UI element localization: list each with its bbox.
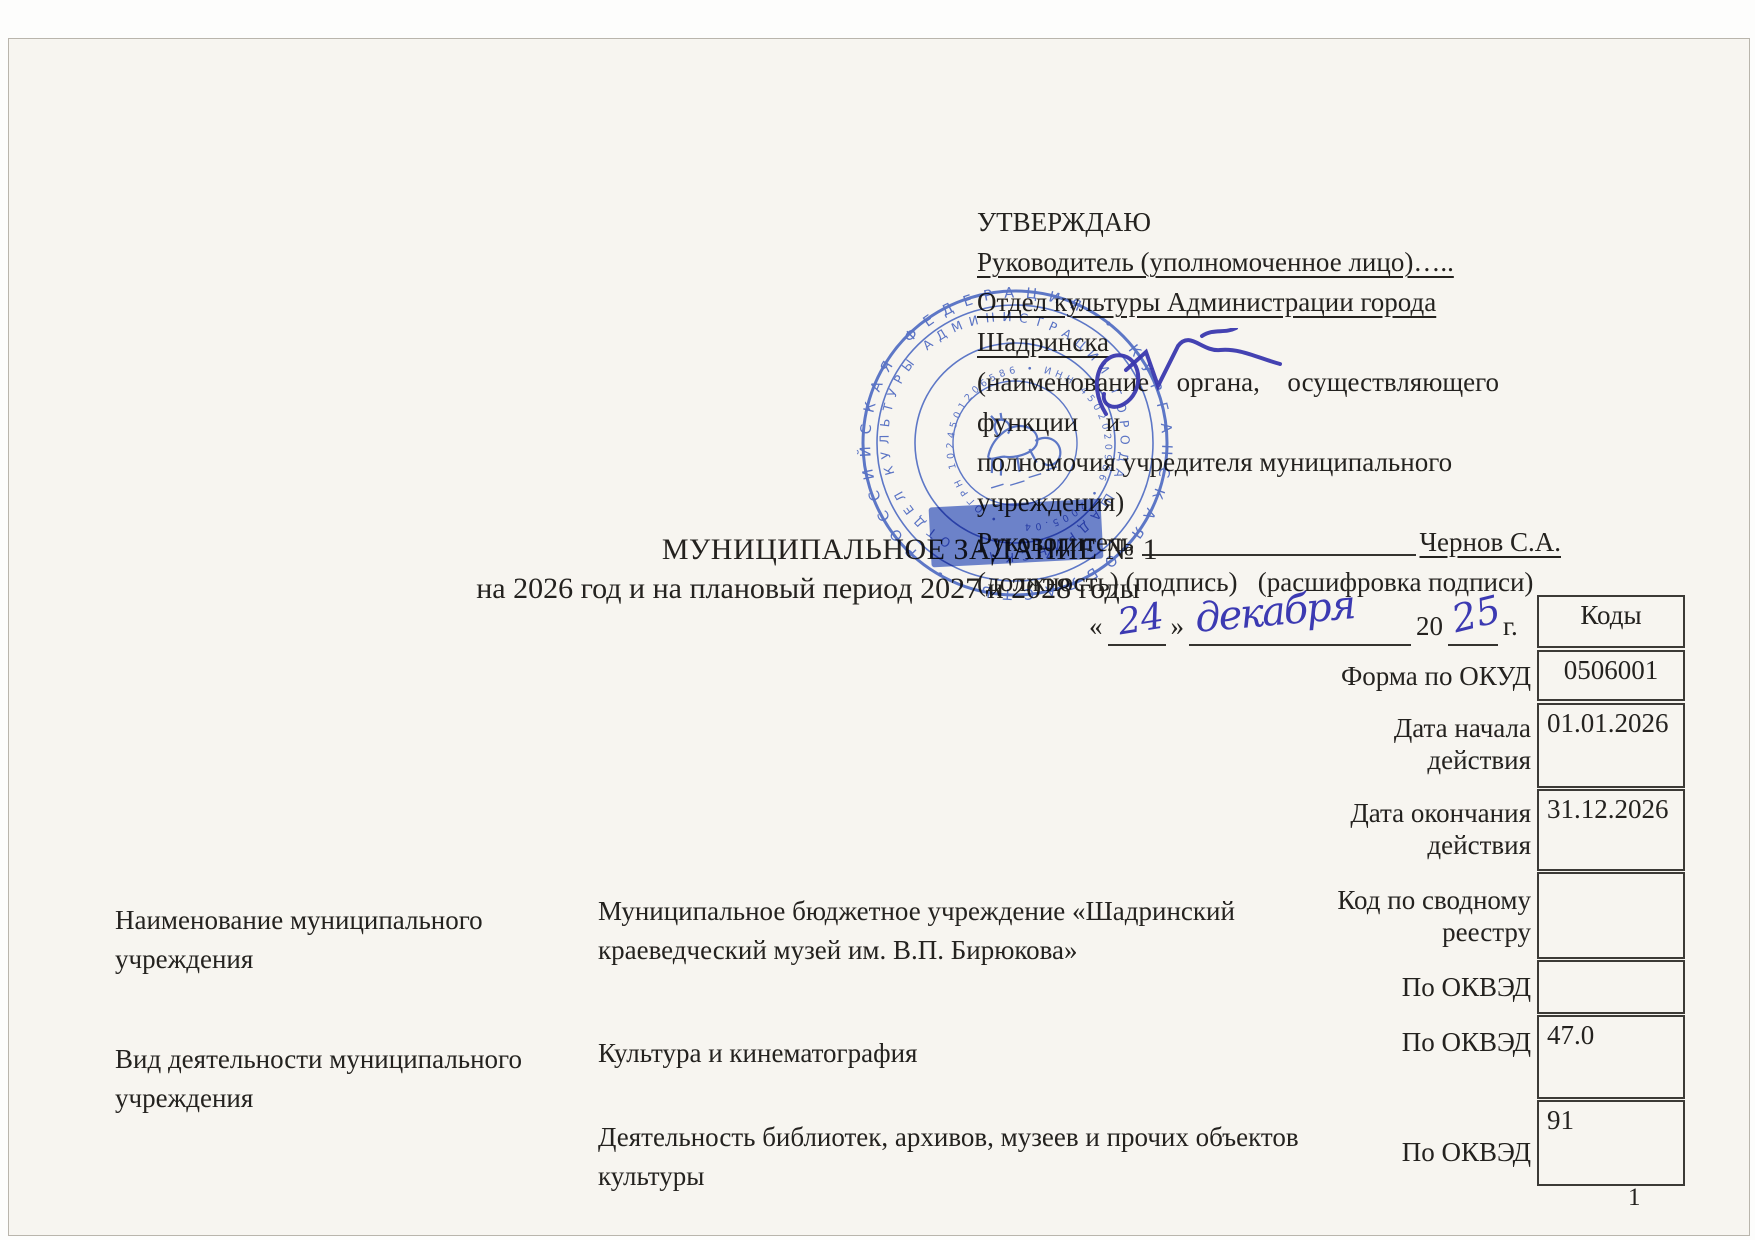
codes-cell-okved-3: 91 <box>1537 1100 1685 1186</box>
codes-cell-okved-2: 47.0 <box>1537 1015 1685 1099</box>
signature-tilde <box>1202 328 1236 336</box>
codes-label-okved-1: По ОКВЭД <box>1305 971 1531 1003</box>
date-day-blank: 24 <box>1108 608 1166 646</box>
codes-cell-registry <box>1537 872 1685 959</box>
signature-zigzag <box>1126 340 1280 386</box>
codes-cell-date-end: 31.12.2026 <box>1537 789 1685 871</box>
codes-header-cell: Коды <box>1537 595 1685 648</box>
codes-cell-okud: 0506001 <box>1537 650 1685 701</box>
handwritten-signature <box>1072 328 1292 440</box>
codes-cell-okved-1 <box>1537 960 1685 1014</box>
stamp-second-circle <box>843 271 1188 616</box>
handwritten-year: 25 <box>1448 589 1505 640</box>
codes-label-registry: Код по сводному реестру <box>1305 884 1531 948</box>
activity-type-label: Вид деятельности муниципального учрежден… <box>115 1040 580 1118</box>
date-month-blank: декабря <box>1189 608 1411 646</box>
stamp-marten-figure <box>976 399 1064 482</box>
quote-close: » <box>1171 606 1185 646</box>
codes-cell-date-start: 01.01.2026 <box>1537 703 1685 788</box>
date-year-blank: 25 <box>1448 608 1498 646</box>
page-number: 1 <box>1628 1184 1641 1212</box>
codes-label-date-end: Дата окончания действия <box>1305 797 1531 861</box>
institution-name-label: Наименование муниципального учреждения <box>115 901 570 979</box>
approval-heading: УТВЕРЖДАЮ <box>977 202 1561 242</box>
year-suffix: г. <box>1503 606 1518 646</box>
signer-name: Чернов С.А. <box>1420 522 1562 562</box>
approval-date-line: « 24 » декабря 20 25 г. <box>1089 602 1561 646</box>
codes-label-date-start: Дата начала действия <box>1305 712 1531 776</box>
stamp-inner-circle <box>938 366 1093 521</box>
codes-label-okud: Форма по ОКУД <box>1305 660 1531 692</box>
year-prefix: 20 <box>1416 606 1443 646</box>
activity-type-value2: Деятельность библиотек, архивов, музеев … <box>598 1118 1340 1196</box>
codes-label-okved-2: По ОКВЭД <box>1305 1026 1531 1058</box>
institution-name-value: Муниципальное бюджетное учреждение «Шадр… <box>598 892 1266 970</box>
activity-type-value: Культура и кинематография <box>598 1034 1266 1073</box>
quote-open: « <box>1089 606 1103 646</box>
scanned-document-page: УТВЕРЖДАЮ Руководитель (уполномоченное л… <box>0 0 1755 1240</box>
